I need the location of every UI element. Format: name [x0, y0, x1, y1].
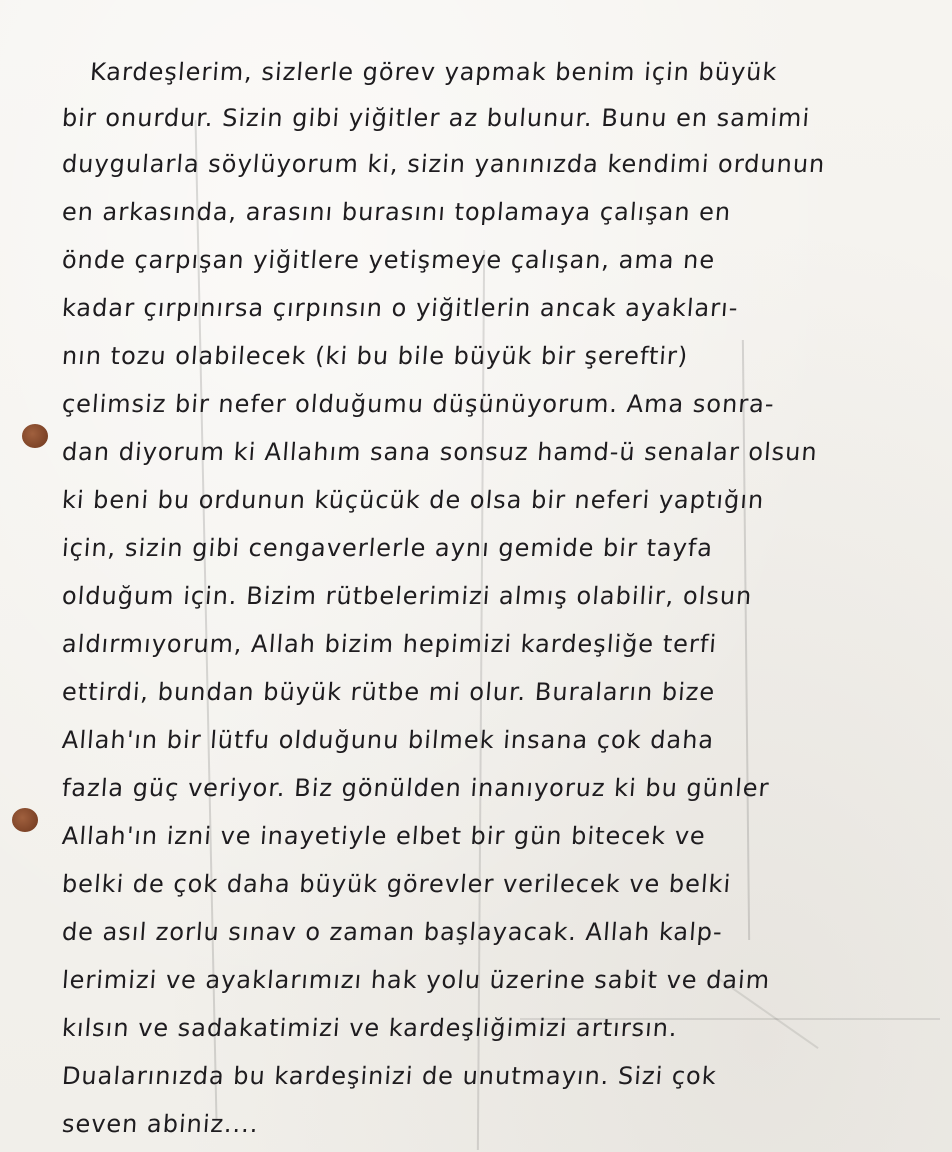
letter-line: kılsın ve sadakatimizi ve kardeşliğimizi…: [61, 1014, 679, 1042]
letter-line: kadar çırpınırsa çırpınsın o yiğitlerin …: [61, 294, 739, 322]
letter-line: en arkasında, arasını burasını toplamaya…: [61, 198, 732, 226]
letter-line: dan diyorum ki Allahım sana sonsuz hamd-…: [61, 438, 819, 466]
letter-line: ettirdi, bundan büyük rütbe mi olur. Bur…: [61, 678, 716, 706]
letter-line: Allah'ın izni ve inayetiyle elbet bir gü…: [61, 822, 707, 850]
letter-line: çelimsiz bir nefer olduğumu düşünüyorum.…: [61, 390, 776, 418]
ink-stain: [12, 808, 38, 832]
letter-line: aldırmıyorum, Allah bizim hepimizi karde…: [61, 630, 718, 658]
letter-signature-line: seven abiniz....: [61, 1110, 260, 1138]
letter-line: için, sizin gibi cengaverlerle aynı gemi…: [61, 534, 714, 562]
letter-line: önde çarpışan yiğitlere yetişmeye çalışa…: [61, 246, 716, 274]
letter-line: lerimizi ve ayaklarımızı hak yolu üzerin…: [61, 966, 771, 994]
letter-line: de asıl zorlu sınav o zaman başlayacak. …: [61, 918, 724, 946]
letter-line: olduğum için. Bizim rütbelerimizi almış …: [61, 582, 753, 610]
letter-line: fazla güç veriyor. Biz gönülden inanıyor…: [61, 774, 770, 802]
letter-line: duygularla söylüyorum ki, sizin yanınızd…: [61, 150, 826, 178]
letter-line: Allah'ın bir lütfu olduğunu bilmek insan…: [61, 726, 715, 754]
letter-line: nın tozu olabilecek (ki bu bile büyük bi…: [61, 342, 689, 370]
letter-line: belki de çok daha büyük görevler verilec…: [61, 870, 732, 898]
letter-line: ki beni bu ordunun küçücük de olsa bir n…: [61, 486, 765, 514]
letter-line: Dualarınızda bu kardeşinizi de unutmayın…: [61, 1062, 718, 1090]
letter-line: bir onurdur. Sizin gibi yiğitler az bulu…: [61, 104, 811, 132]
letter-line: Kardeşlerim, sizlerle görev yapmak benim…: [89, 58, 778, 86]
ink-stain: [22, 424, 48, 448]
